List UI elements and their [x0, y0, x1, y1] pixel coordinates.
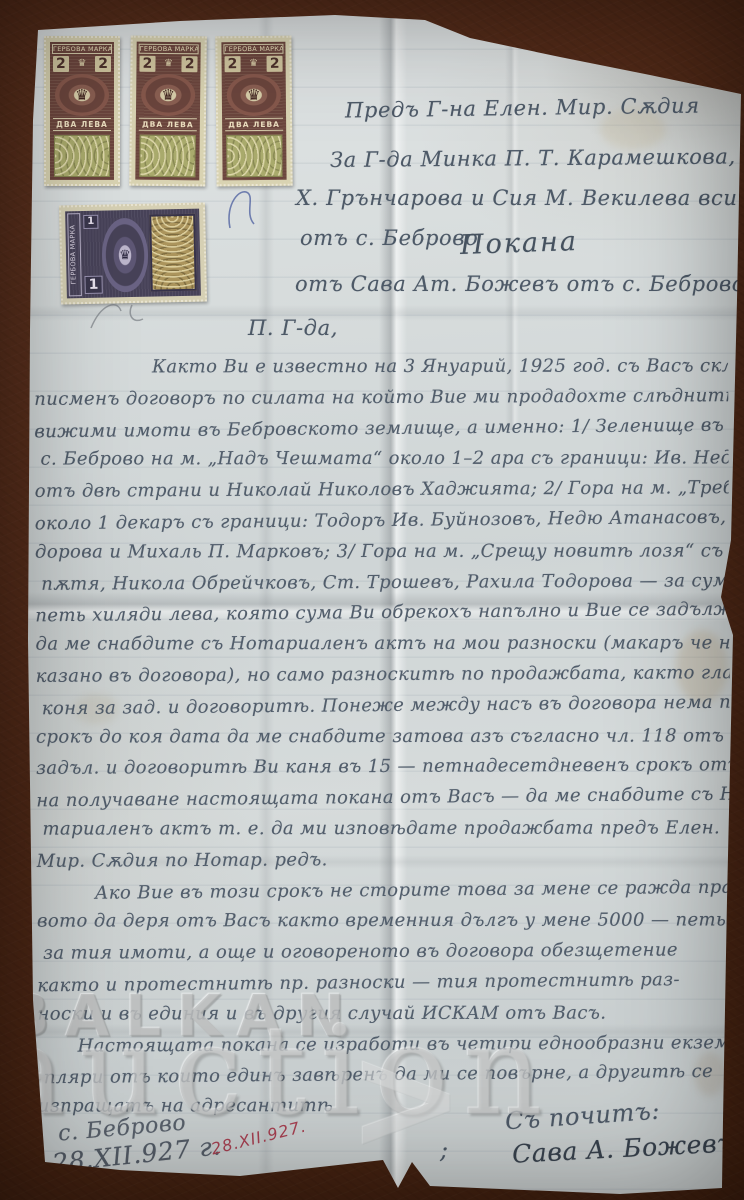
stamp-value-numeral: 2	[182, 56, 198, 72]
stamp-engraving: ГЕРБОВА МАРКА 1 1 ♛ ЕДИНЪ ЛЕВЪ	[65, 209, 201, 299]
handwriting-line: Както Ви е известно на 3 Януарий, 1925 г…	[34, 351, 728, 383]
handwriting-line: вото да деря отъ Васъ както временния дъ…	[37, 906, 731, 938]
handwriting-line: пляри отъ които единъ завѣренъ да ми се …	[44, 1057, 732, 1094]
stamp-value-numeral: 2	[267, 56, 283, 72]
revenue-stamp-2-leva: ГЕРБОВА МАРКА 2 ♛ 2 ♛ ДВА ЛЕВА	[44, 36, 120, 186]
stamp-header-text: ГЕРБОВА МАРКА	[223, 44, 283, 55]
salutation: П. Г-да,	[248, 316, 338, 340]
stamp-header-text: ГЕРБОВА МАРКА	[139, 44, 199, 55]
stamp-numerals: 2 ♛ 2	[222, 54, 286, 73]
handwriting-line: тариаленъ актъ т. е. да ми изповѣдате пр…	[42, 813, 730, 845]
addressee-line: Х. Грънчарова и Сия М. Векилева всички	[296, 186, 744, 210]
stamp-numerals: 2 ♛ 2	[136, 54, 200, 73]
crown-icon: ♛	[78, 59, 87, 69]
stamp-value-numeral: 2	[95, 56, 111, 72]
handwriting-line: писменъ договоръ по силата на който Вие …	[34, 381, 728, 415]
handwriting-line: коня за зад. и договоритѣ. Понеже между …	[42, 687, 730, 724]
punctuation-mark: ;	[440, 1136, 449, 1164]
stamp-value-numeral: 2	[225, 56, 241, 72]
revenue-stamp-2-leva: ГЕРБОВА МАРКА 2 ♛ 2 ♛ ДВА ЛЕВА	[129, 36, 207, 187]
coat-of-arms-emblem: ♛	[227, 74, 281, 116]
stamp-engraving: ГЕРБОВА МАРКА 2 ♛ 2 ♛ ДВА ЛЕВА	[221, 42, 286, 181]
guilloche-panel	[54, 135, 110, 177]
stamp-value-text: ДВА ЛЕВА	[53, 118, 111, 131]
letter-body: Както Ви е известно на 3 Януарий, 1925 г…	[34, 350, 732, 1130]
handwriting-line: отъ двѣ страни и Николай Николовъ Хаджия…	[35, 473, 729, 507]
handwriting-line: петь хиляди лева, която сума Ви обрекохъ…	[35, 595, 729, 632]
crown-icon: ♛	[249, 59, 258, 69]
stamp-header-text: ГЕРБОВА МАРКА	[52, 44, 112, 54]
stamp-value-numeral: 2	[139, 56, 155, 72]
handwriting-line: вижими имоти въ Бебровското землище, а и…	[34, 410, 728, 447]
guilloche-panel	[226, 135, 282, 177]
handwriting-line: дорова и Михаль П. Марковъ; 3/ Гора на м…	[35, 536, 729, 568]
stamp-value-text: ДВА ЛЕВА	[139, 118, 197, 132]
revenue-stamps-row: ГЕРБОВА МАРКА 2 ♛ 2 ♛ ДВА ЛЕВА ГЕРБОВА М…	[44, 36, 292, 186]
pencil-mark	[86, 296, 150, 336]
blue-ink-mark	[222, 182, 268, 234]
handwriting-line: срокъ до коя дата да ме снабдите затова …	[36, 721, 730, 753]
coat-of-arms-emblem: ♛	[55, 74, 109, 116]
handwriting-line: за тия имоти, а още и оговореното въ дог…	[43, 935, 731, 969]
stamp-engraving: ГЕРБОВА МАРКА 2 ♛ 2 ♛ ДВА ЛЕВА	[50, 42, 114, 180]
stamp-header-text: ГЕРБОВА МАРКА	[67, 213, 82, 296]
addressee-line: За Г-да Минка П. Т. Карамешкова, А-на	[330, 144, 744, 172]
guilloche-panel	[149, 214, 197, 292]
signature: Сава А. Божевъ	[511, 1128, 735, 1169]
revenue-stamp-2-leva: ГЕРБОВА МАРКА 2 ♛ 2 ♛ ДВА ЛЕВА	[215, 36, 292, 187]
handwriting-line: носки и въ единия и въ другия случай ИСК…	[37, 998, 731, 1030]
stamp-value-text: ДВА ЛЕВА	[225, 118, 283, 132]
coat-of-arms-emblem: ♛	[101, 218, 149, 293]
stamp-numerals: 2 ♛ 2	[50, 54, 114, 72]
handwriting-line: както и протестнитѣ пр. разноски — тия п…	[37, 965, 731, 1002]
stamp-value-numeral: 1	[83, 215, 98, 229]
photo-backdrop: ГЕРБОВА МАРКА 2 ♛ 2 ♛ ДВА ЛЕВА ГЕРБОВА М…	[0, 0, 744, 1200]
handwriting-line: с. Беброво на м. „Надъ Чешмата“ около 1–…	[41, 444, 729, 476]
stamp-engraving: ГЕРБОВА МАРКА 2 ♛ 2 ♛ ДВА ЛЕВА	[135, 42, 200, 181]
guilloche-panel	[139, 135, 195, 178]
addressee-line: отъ с. Беброво	[300, 226, 478, 250]
addressee-line: Предъ Г-на Елен. Мир. Сѫдия	[345, 94, 700, 123]
handwriting-line: Мир. Сѫдия по Нотар. редъ.	[37, 843, 731, 877]
stamp-value-numeral: 2	[53, 56, 69, 72]
handwriting-line: Ако Вие въ този срокъ не сторите това за…	[37, 872, 731, 909]
document-paper: ГЕРБОВА МАРКА 2 ♛ 2 ♛ ДВА ЛЕВА ГЕРБОВА М…	[0, 0, 744, 1200]
crown-icon: ♛	[164, 59, 173, 69]
revenue-stamp-1-lev: ГЕРБОВА МАРКА 1 1 ♛ ЕДИНЪ ЛЕВЪ	[59, 202, 207, 304]
handwriting-line: около 1 декаръ съ граници: Тодоръ Ив. Бу…	[35, 503, 729, 540]
coat-of-arms-emblem: ♛	[141, 74, 195, 117]
sender-line: отъ Сава Ат. Божевъ отъ с. Беброво:	[295, 272, 744, 296]
handwriting-line: да ме снабдите съ Нотариаленъ актъ на мо…	[35, 629, 729, 661]
handwriting-line: на получаване настоящата покана отъ Васъ…	[36, 780, 730, 817]
handwriting-line: казано въ договора), но само разноскитѣ …	[36, 658, 730, 692]
stamp-value-numeral: 1	[84, 276, 102, 294]
document-title: Покана	[459, 226, 578, 261]
